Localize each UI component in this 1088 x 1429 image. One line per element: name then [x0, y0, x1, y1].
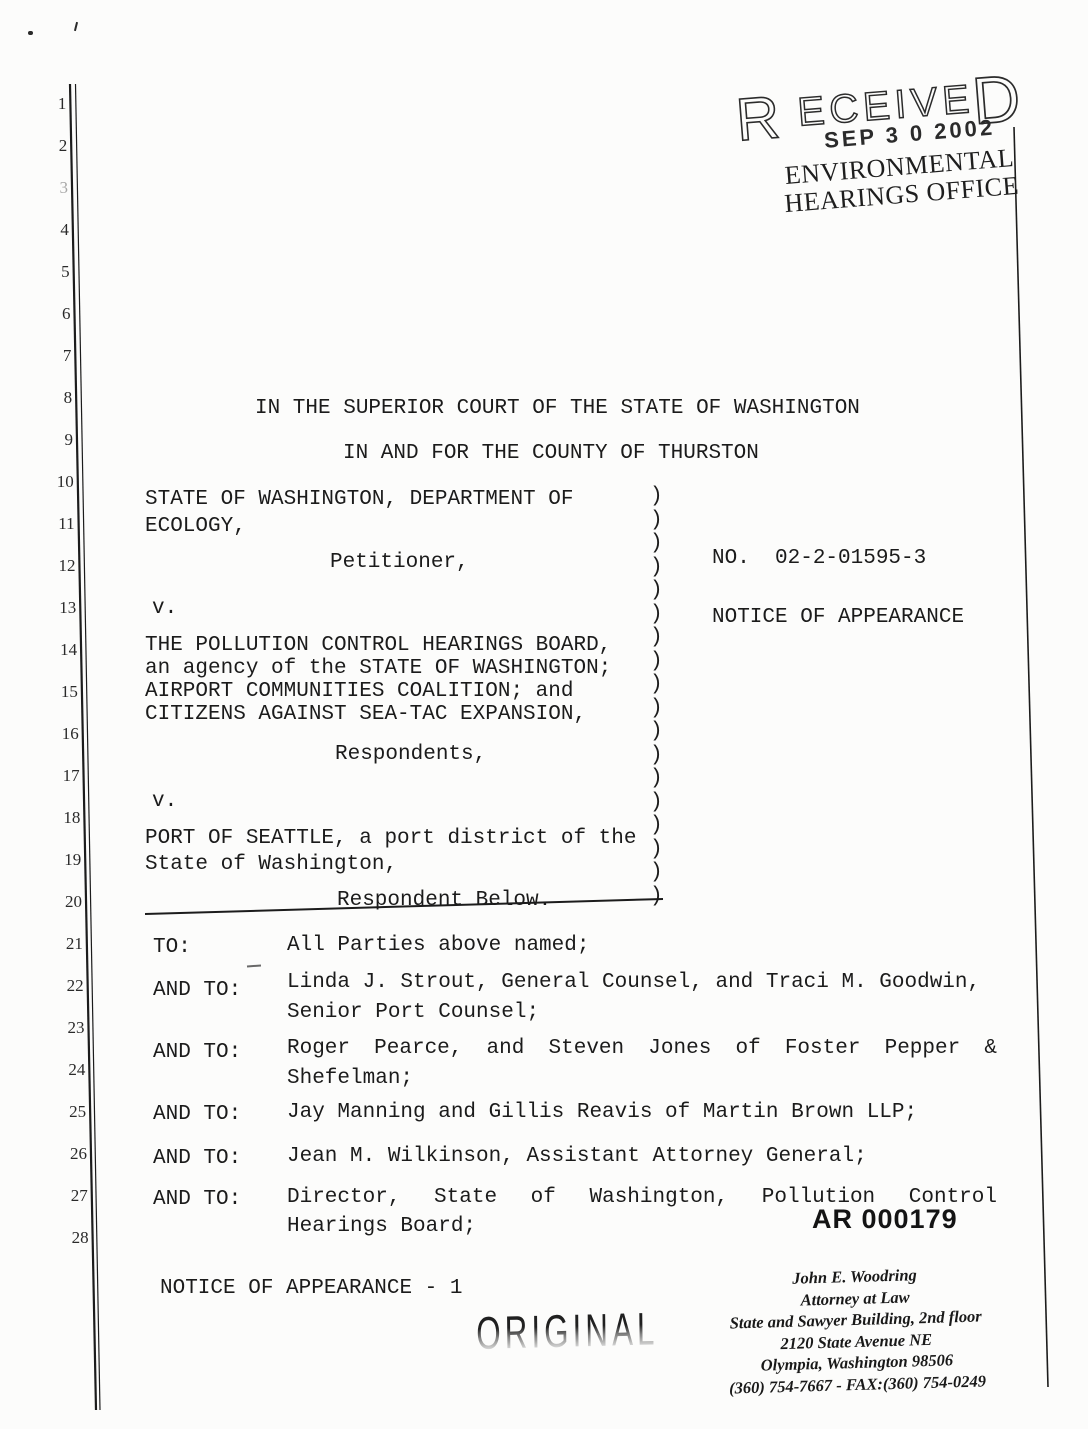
- service-line: Senior Port Counsel;: [287, 1000, 539, 1025]
- right-margin-rule: [1014, 127, 1048, 1387]
- court-title-line1: IN THE SUPERIOR COURT OF THE STATE OF WA…: [255, 396, 860, 421]
- margin-line-number: 1: [36, 94, 66, 114]
- service-line: Linda J. Strout, General Counsel, and Tr…: [287, 970, 980, 995]
- caption-paren: ): [650, 884, 663, 909]
- caption-paren: ): [650, 649, 663, 674]
- scanned-court-document-page: { "received_stamp": { "word_first": "R",…: [0, 0, 1088, 1429]
- original-stamp: ORIGINAL: [476, 1301, 659, 1360]
- respondent-name-line4: CITIZENS AGAINST SEA-TAC EXPANSION,: [145, 702, 586, 727]
- left-margin-rule-inner: [76, 84, 101, 1410]
- caption-paren: ): [650, 719, 663, 744]
- respondent-name-line1: THE POLLUTION CONTROL HEARINGS BOARD,: [145, 633, 611, 658]
- service-label: AND TO:: [153, 978, 241, 1003]
- caption-paren: ): [650, 696, 663, 721]
- left-margin-rule-outer: [70, 84, 96, 1410]
- respondent-name-line2: an agency of the STATE OF WASHINGTON;: [145, 656, 611, 681]
- margin-line-number: 19: [51, 850, 81, 870]
- petitioner-name-line2: ECOLOGY,: [145, 514, 246, 539]
- margin-line-number: 11: [45, 514, 75, 534]
- court-title-line2: IN AND FOR THE COUNTY OF THURSTON: [343, 441, 759, 466]
- margin-line-number: 6: [41, 304, 71, 324]
- margin-line-number: 28: [59, 1228, 89, 1248]
- caption-paren: ): [650, 484, 663, 509]
- caption-paren: ): [650, 672, 663, 697]
- received-stamp: R ECEIVE D SEP 3 0 2002 ENVIRONMENTAL HE…: [727, 53, 1071, 244]
- caption-paren: ): [650, 860, 663, 885]
- caption-paren: ): [650, 578, 663, 603]
- respondent-below-role: Respondent Below.: [337, 888, 551, 913]
- margin-line-number: 8: [42, 388, 72, 408]
- attorney-address-block: John E. WoodringAttorney at LawState and…: [698, 1262, 1013, 1400]
- caption-paren: ): [650, 837, 663, 862]
- received-letter-r: R: [734, 83, 782, 153]
- case-number: NO. 02-2-01595-3: [712, 546, 926, 571]
- margin-line-number: 23: [55, 1018, 85, 1038]
- margin-line-number: 20: [52, 892, 82, 912]
- caption-paren: ): [650, 508, 663, 533]
- respondent-name-line3: AIRPORT COMMUNITIES COALITION; and: [145, 679, 573, 704]
- caption-paren: ): [650, 813, 663, 838]
- service-line: Jay Manning and Gillis Reavis of Martin …: [287, 1100, 917, 1125]
- petitioner-name-line1: STATE OF WASHINGTON, DEPARTMENT OF: [145, 487, 573, 512]
- caption-paren: ): [650, 743, 663, 768]
- scan-artifact-dash: [247, 965, 261, 968]
- margin-line-number: 5: [40, 262, 70, 282]
- margin-line-number: 9: [43, 430, 73, 450]
- margin-line-number: 26: [57, 1144, 87, 1164]
- service-label: AND TO:: [153, 1187, 241, 1212]
- service-label: TO:: [153, 935, 191, 960]
- respondent-below-line1: PORT OF SEATTLE, a port district of the: [145, 826, 636, 851]
- service-line: Shefelman;: [287, 1066, 413, 1091]
- service-line: Director, State of Washington, Pollution…: [287, 1185, 997, 1210]
- petitioner-role: Petitioner,: [330, 550, 469, 575]
- caption-paren: ): [650, 790, 663, 815]
- margin-line-number: 15: [48, 682, 78, 702]
- versus-1: v.: [152, 596, 177, 621]
- margin-line-number: 27: [58, 1186, 88, 1206]
- margin-line-number: 13: [46, 598, 76, 618]
- caption-paren: ): [650, 602, 663, 627]
- margin-line-number: 16: [49, 724, 79, 744]
- margin-line-number: 3: [38, 178, 68, 198]
- respondents-role: Respondents,: [335, 742, 486, 767]
- margin-line-number: 4: [39, 220, 69, 240]
- margin-line-number: 7: [41, 346, 71, 366]
- margin-line-number: 22: [54, 976, 84, 996]
- margin-line-number: 24: [55, 1060, 85, 1080]
- caption-paren: ): [650, 766, 663, 791]
- document-title: NOTICE OF APPEARANCE: [712, 605, 964, 630]
- margin-line-number: 2: [37, 136, 67, 156]
- margin-line-number: 14: [47, 640, 77, 660]
- scan-artifact-tick: [74, 22, 78, 31]
- service-line: Jean M. Wilkinson, Assistant Attorney Ge…: [287, 1144, 867, 1169]
- margin-line-number: 12: [45, 556, 75, 576]
- margin-line-number: 10: [44, 472, 74, 492]
- service-line: Hearings Board;: [287, 1214, 476, 1239]
- service-label: AND TO:: [153, 1102, 241, 1127]
- margin-line-number: 25: [56, 1102, 86, 1122]
- respondent-below-line2: State of Washington,: [145, 852, 397, 877]
- service-line: All Parties above named;: [287, 933, 589, 958]
- versus-2: v.: [152, 789, 177, 814]
- service-label: AND TO:: [153, 1146, 241, 1171]
- service-line: Roger Pearce, and Steven Jones of Foster…: [287, 1036, 997, 1061]
- margin-line-number: 17: [50, 766, 80, 786]
- caption-paren: ): [650, 555, 663, 580]
- caption-paren: ): [650, 531, 663, 556]
- caption-paren: ): [650, 625, 663, 650]
- margin-line-number: 21: [53, 934, 83, 954]
- footer-page-label: NOTICE OF APPEARANCE - 1: [160, 1276, 462, 1301]
- margin-line-number: 18: [50, 808, 80, 828]
- service-label: AND TO:: [153, 1040, 241, 1065]
- scan-artifact-dot: [28, 31, 33, 35]
